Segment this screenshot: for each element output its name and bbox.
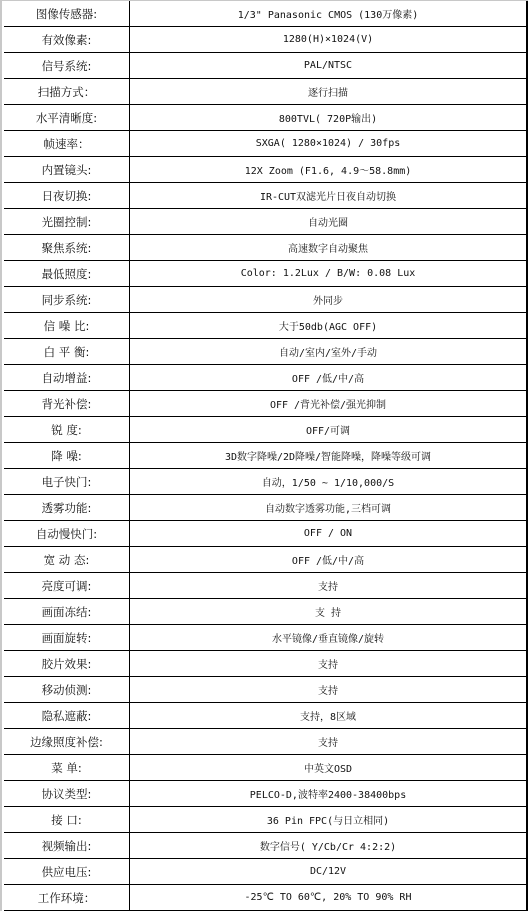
spec-value: IR-CUT双滤光片日夜自动切换 xyxy=(130,183,528,209)
table-row: 背光补偿:OFF /背光补偿/强光抑制 xyxy=(4,391,527,417)
spec-value: OFF / ON xyxy=(130,521,528,547)
spec-value: 支持 xyxy=(130,677,528,703)
spec-value: PAL/NTSC xyxy=(130,53,528,79)
spec-value: 支持，8区域 xyxy=(130,703,528,729)
table-row: 供应电压:DC/12V xyxy=(4,859,527,885)
spec-value: OFF /背光补偿/强光抑制 xyxy=(130,391,528,417)
table-row: 信 噪 比:大于50db(AGC OFF) xyxy=(4,313,527,339)
table-row: 亮度可调:支持 xyxy=(4,573,527,599)
table-row: 自动增益:OFF /低/中/高 xyxy=(4,365,527,391)
spec-value: 逐行扫描 xyxy=(130,79,528,105)
spec-label: 信 噪 比: xyxy=(4,313,130,339)
spec-value: DC/12V xyxy=(130,859,528,885)
table-row: 菜 单:中英文OSD xyxy=(4,755,527,781)
spec-value: 36 Pin FPC(与日立相同) xyxy=(130,807,528,833)
table-row: 透雾功能:自动数字透雾功能,三档可调 xyxy=(4,495,527,521)
spec-label: 视频输出: xyxy=(4,833,130,859)
spec-label: 自动慢快门: xyxy=(4,521,130,547)
spec-value: SXGA( 1280×1024) / 30fps xyxy=(130,131,528,157)
table-row: 移动侦测:支持 xyxy=(4,677,527,703)
spec-value: 支持 xyxy=(130,729,528,755)
spec-value: 支 持 xyxy=(130,599,528,625)
spec-label: 有效像素: xyxy=(4,27,130,53)
table-row: 工作环境：-25℃ TO 60℃, 20% TO 90% RH xyxy=(4,885,527,911)
spec-label: 帧速率： xyxy=(4,131,130,157)
table-row: 帧速率：SXGA( 1280×1024) / 30fps xyxy=(4,131,527,157)
table-row: 光圈控制:自动光圈 xyxy=(4,209,527,235)
spec-label: 光圈控制: xyxy=(4,209,130,235)
spec-value: 水平镜像/垂直镜像/旋转 xyxy=(130,625,528,651)
spec-label: 图像传感器: xyxy=(4,1,130,27)
spec-label: 供应电压: xyxy=(4,859,130,885)
spec-label: 画面冻结: xyxy=(4,599,130,625)
spec-label: 白 平 衡: xyxy=(4,339,130,365)
spec-label: 隐私遮蔽: xyxy=(4,703,130,729)
spec-value: 3D数字降噪/2D降噪/智能降噪，降噪等级可调 xyxy=(130,443,528,469)
table-row: 协议类型:PELCO-D,波特率2400-38400bps xyxy=(4,781,527,807)
table-row: 日夜切换:IR-CUT双滤光片日夜自动切换 xyxy=(4,183,527,209)
table-row: 同步系统:外同步 xyxy=(4,287,527,313)
table-row: 最低照度:Color: 1.2Lux / B/W: 0.08 Lux xyxy=(4,261,527,287)
table-row: 内置镜头:12X Zoom (F1.6, 4.9～58.8mm) xyxy=(4,157,527,183)
spec-value: -25℃ TO 60℃, 20% TO 90% RH xyxy=(130,885,528,911)
spec-label: 同步系统: xyxy=(4,287,130,313)
table-row: 电子快门:自动，1/50 ~ 1/10,000/S xyxy=(4,469,527,495)
spec-label: 日夜切换: xyxy=(4,183,130,209)
table-row: 锐 度:OFF/可调 xyxy=(4,417,527,443)
table-row: 聚焦系统:高速数字自动聚焦 xyxy=(4,235,527,261)
table-row: 接 口:36 Pin FPC(与日立相同) xyxy=(4,807,527,833)
spec-value: 支持 xyxy=(130,573,528,599)
table-row: 画面旋转:水平镜像/垂直镜像/旋转 xyxy=(4,625,527,651)
spec-label: 透雾功能: xyxy=(4,495,130,521)
spec-label: 工作环境： xyxy=(4,885,130,911)
spec-label: 亮度可调: xyxy=(4,573,130,599)
spec-label: 接 口: xyxy=(4,807,130,833)
spec-value: 中英文OSD xyxy=(130,755,528,781)
table-row: 视频输出:数字信号( Y/Cb/Cr 4:2:2) xyxy=(4,833,527,859)
spec-label: 锐 度: xyxy=(4,417,130,443)
spec-value: 800TVL( 720P输出) xyxy=(130,105,528,131)
spec-value: 1/3" Panasonic CMOS (130万像素) xyxy=(130,1,528,27)
spec-label: 边缘照度补偿: xyxy=(4,729,130,755)
spec-value: 数字信号( Y/Cb/Cr 4:2:2) xyxy=(130,833,528,859)
spec-label: 水平清晰度: xyxy=(4,105,130,131)
spec-label: 菜 单: xyxy=(4,755,130,781)
spec-label: 协议类型: xyxy=(4,781,130,807)
spec-value: 支持 xyxy=(130,651,528,677)
spec-value: PELCO-D,波特率2400-38400bps xyxy=(130,781,528,807)
table-row: 图像传感器:1/3" Panasonic CMOS (130万像素) xyxy=(4,1,527,27)
spec-value: 自动，1/50 ~ 1/10,000/S xyxy=(130,469,528,495)
spec-label: 内置镜头: xyxy=(4,157,130,183)
spec-label: 背光补偿: xyxy=(4,391,130,417)
spec-sheet: 图像传感器:1/3" Panasonic CMOS (130万像素)有效像素:1… xyxy=(0,0,528,911)
table-row: 扫描方式：逐行扫描 xyxy=(4,79,527,105)
spec-label: 移动侦测: xyxy=(4,677,130,703)
table-row: 有效像素:1280(H)×1024(V) xyxy=(4,27,527,53)
table-row: 自动慢快门:OFF / ON xyxy=(4,521,527,547)
spec-label: 扫描方式： xyxy=(4,79,130,105)
spec-label: 电子快门: xyxy=(4,469,130,495)
spec-table: 图像传感器:1/3" Panasonic CMOS (130万像素)有效像素:1… xyxy=(4,1,528,911)
spec-value: OFF /低/中/高 xyxy=(130,365,528,391)
spec-value: 12X Zoom (F1.6, 4.9～58.8mm) xyxy=(130,157,528,183)
table-row: 胶片效果:支持 xyxy=(4,651,527,677)
spec-value: OFF/可调 xyxy=(130,417,528,443)
table-row: 降 噪:3D数字降噪/2D降噪/智能降噪，降噪等级可调 xyxy=(4,443,527,469)
spec-value: 外同步 xyxy=(130,287,528,313)
table-row: 隐私遮蔽:支持，8区域 xyxy=(4,703,527,729)
spec-label: 聚焦系统: xyxy=(4,235,130,261)
table-row: 边缘照度补偿:支持 xyxy=(4,729,527,755)
spec-label: 宽 动 态: xyxy=(4,547,130,573)
spec-label: 信号系统: xyxy=(4,53,130,79)
spec-value: 1280(H)×1024(V) xyxy=(130,27,528,53)
spec-value: 大于50db(AGC OFF) xyxy=(130,313,528,339)
spec-value: 高速数字自动聚焦 xyxy=(130,235,528,261)
table-row: 白 平 衡:自动/室内/室外/手动 xyxy=(4,339,527,365)
table-row: 宽 动 态:OFF /低/中/高 xyxy=(4,547,527,573)
spec-table-body: 图像传感器:1/3" Panasonic CMOS (130万像素)有效像素:1… xyxy=(4,1,527,911)
spec-label: 自动增益: xyxy=(4,365,130,391)
spec-value: OFF /低/中/高 xyxy=(130,547,528,573)
spec-label: 降 噪: xyxy=(4,443,130,469)
spec-label: 最低照度: xyxy=(4,261,130,287)
table-row: 水平清晰度:800TVL( 720P输出) xyxy=(4,105,527,131)
spec-value: 自动数字透雾功能,三档可调 xyxy=(130,495,528,521)
spec-value: 自动光圈 xyxy=(130,209,528,235)
table-row: 信号系统:PAL/NTSC xyxy=(4,53,527,79)
table-row: 画面冻结:支 持 xyxy=(4,599,527,625)
spec-label: 胶片效果: xyxy=(4,651,130,677)
spec-value: 自动/室内/室外/手动 xyxy=(130,339,528,365)
spec-value: Color: 1.2Lux / B/W: 0.08 Lux xyxy=(130,261,528,287)
spec-label: 画面旋转: xyxy=(4,625,130,651)
